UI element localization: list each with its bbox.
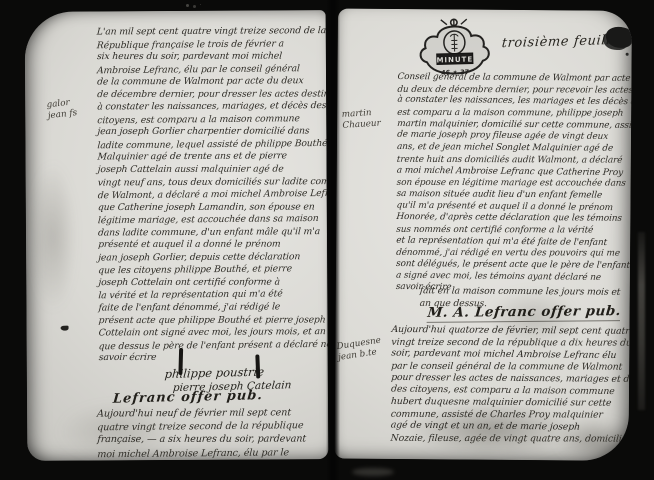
- manuscript-line: faite de l'enfant dénommé, j'ai rédigé l…: [98, 301, 328, 315]
- manuscript-line: française, — a six heures du soir, parde…: [97, 433, 329, 447]
- ink-speck: [61, 326, 69, 331]
- manuscript-line: jean joseph Gorlier charpentier domicili…: [97, 126, 328, 139]
- manuscript-line: Honorée, d'après cette déclaration que l…: [396, 212, 632, 226]
- manuscript-line: présenté et auquel il a donné le prénom: [98, 239, 329, 252]
- margin-note-line: jean fs: [47, 108, 77, 122]
- right-margin-note-top: martin Chaueur: [341, 108, 381, 132]
- right-margin-note-bottom: Duquesne jean b.te: [336, 336, 383, 364]
- register-scan: galor jean fs L'an mil sept cent quatre …: [0, 0, 654, 480]
- manuscript-line: hubert duquesne malquinier domicilié sur…: [390, 396, 631, 410]
- manuscript-line: Cottelain ont signé avec moi, les jours …: [98, 326, 328, 340]
- right-page-act2-text: Aujourd'hui quatorze de février, mil sep…: [391, 324, 632, 446]
- manuscript-line: Aujourd'hui quatorze de février, mil sep…: [391, 324, 632, 338]
- manuscript-line: à constater les naissances, mariages, et…: [97, 100, 329, 114]
- manuscript-line: six heures du soir, pardevant moi michel: [97, 51, 329, 64]
- manuscript-line: joseph Cattelain aussi malquinier agé de: [97, 163, 328, 176]
- signature-lefranc-officier: Lefranc offer pub.: [112, 388, 263, 407]
- manuscript-line: fait en la maison commune les jours mois…: [419, 285, 620, 298]
- left-page: galor jean fs L'an mil sept cent quatre …: [25, 10, 329, 461]
- manuscript-line: savoir écrire: [98, 352, 328, 365]
- manuscript-line: Nozaie, fileuse, agée de vingt quatre an…: [390, 433, 631, 446]
- manuscript-line: de la commune de Walmont par acte du deu…: [97, 75, 329, 89]
- manuscript-line: L'an mil sept cent quatre vingt treize s…: [96, 25, 328, 39]
- manuscript-line: moi michel Ambroise Lefranc, élu par le: [97, 445, 328, 461]
- left-page-act2-text: Aujourd'hui neuf de février mil sept cen…: [97, 406, 328, 460]
- stamp-minute-label: MINUTE: [436, 55, 473, 64]
- scan-smudge: [352, 468, 394, 476]
- left-page-act1-text: L'an mil sept cent quatre vingt treize s…: [97, 25, 329, 365]
- page-gutter: [326, 0, 340, 480]
- left-margin-note: galor jean fs: [46, 97, 78, 122]
- right-page-act1-text: Conseil général de la commune de Walmont…: [396, 72, 632, 296]
- right-page: MINUTE 46 ✶ 37 troisième feuillet, marti…: [334, 9, 632, 461]
- margin-note-line: Chaueur: [342, 119, 381, 132]
- manuscript-line: Conseil général de la commune de Walmont…: [397, 72, 632, 86]
- manuscript-line: Malquinier agé de trente ans et de pierr…: [97, 151, 328, 165]
- manuscript-line: ans, et de jean michel Songlet Malquinie…: [396, 142, 632, 156]
- scan-specks: [186, 4, 189, 7]
- manuscript-line: présent acte que philippe Bouthé et pier…: [98, 314, 328, 327]
- signature-ma-lefranc-officier: M. A. Lefranc offer pub.: [427, 303, 622, 323]
- book-edge: [638, 232, 645, 410]
- ink-stroke: [178, 348, 183, 375]
- ink-dot: [626, 53, 629, 56]
- paper-stain: [30, 162, 77, 312]
